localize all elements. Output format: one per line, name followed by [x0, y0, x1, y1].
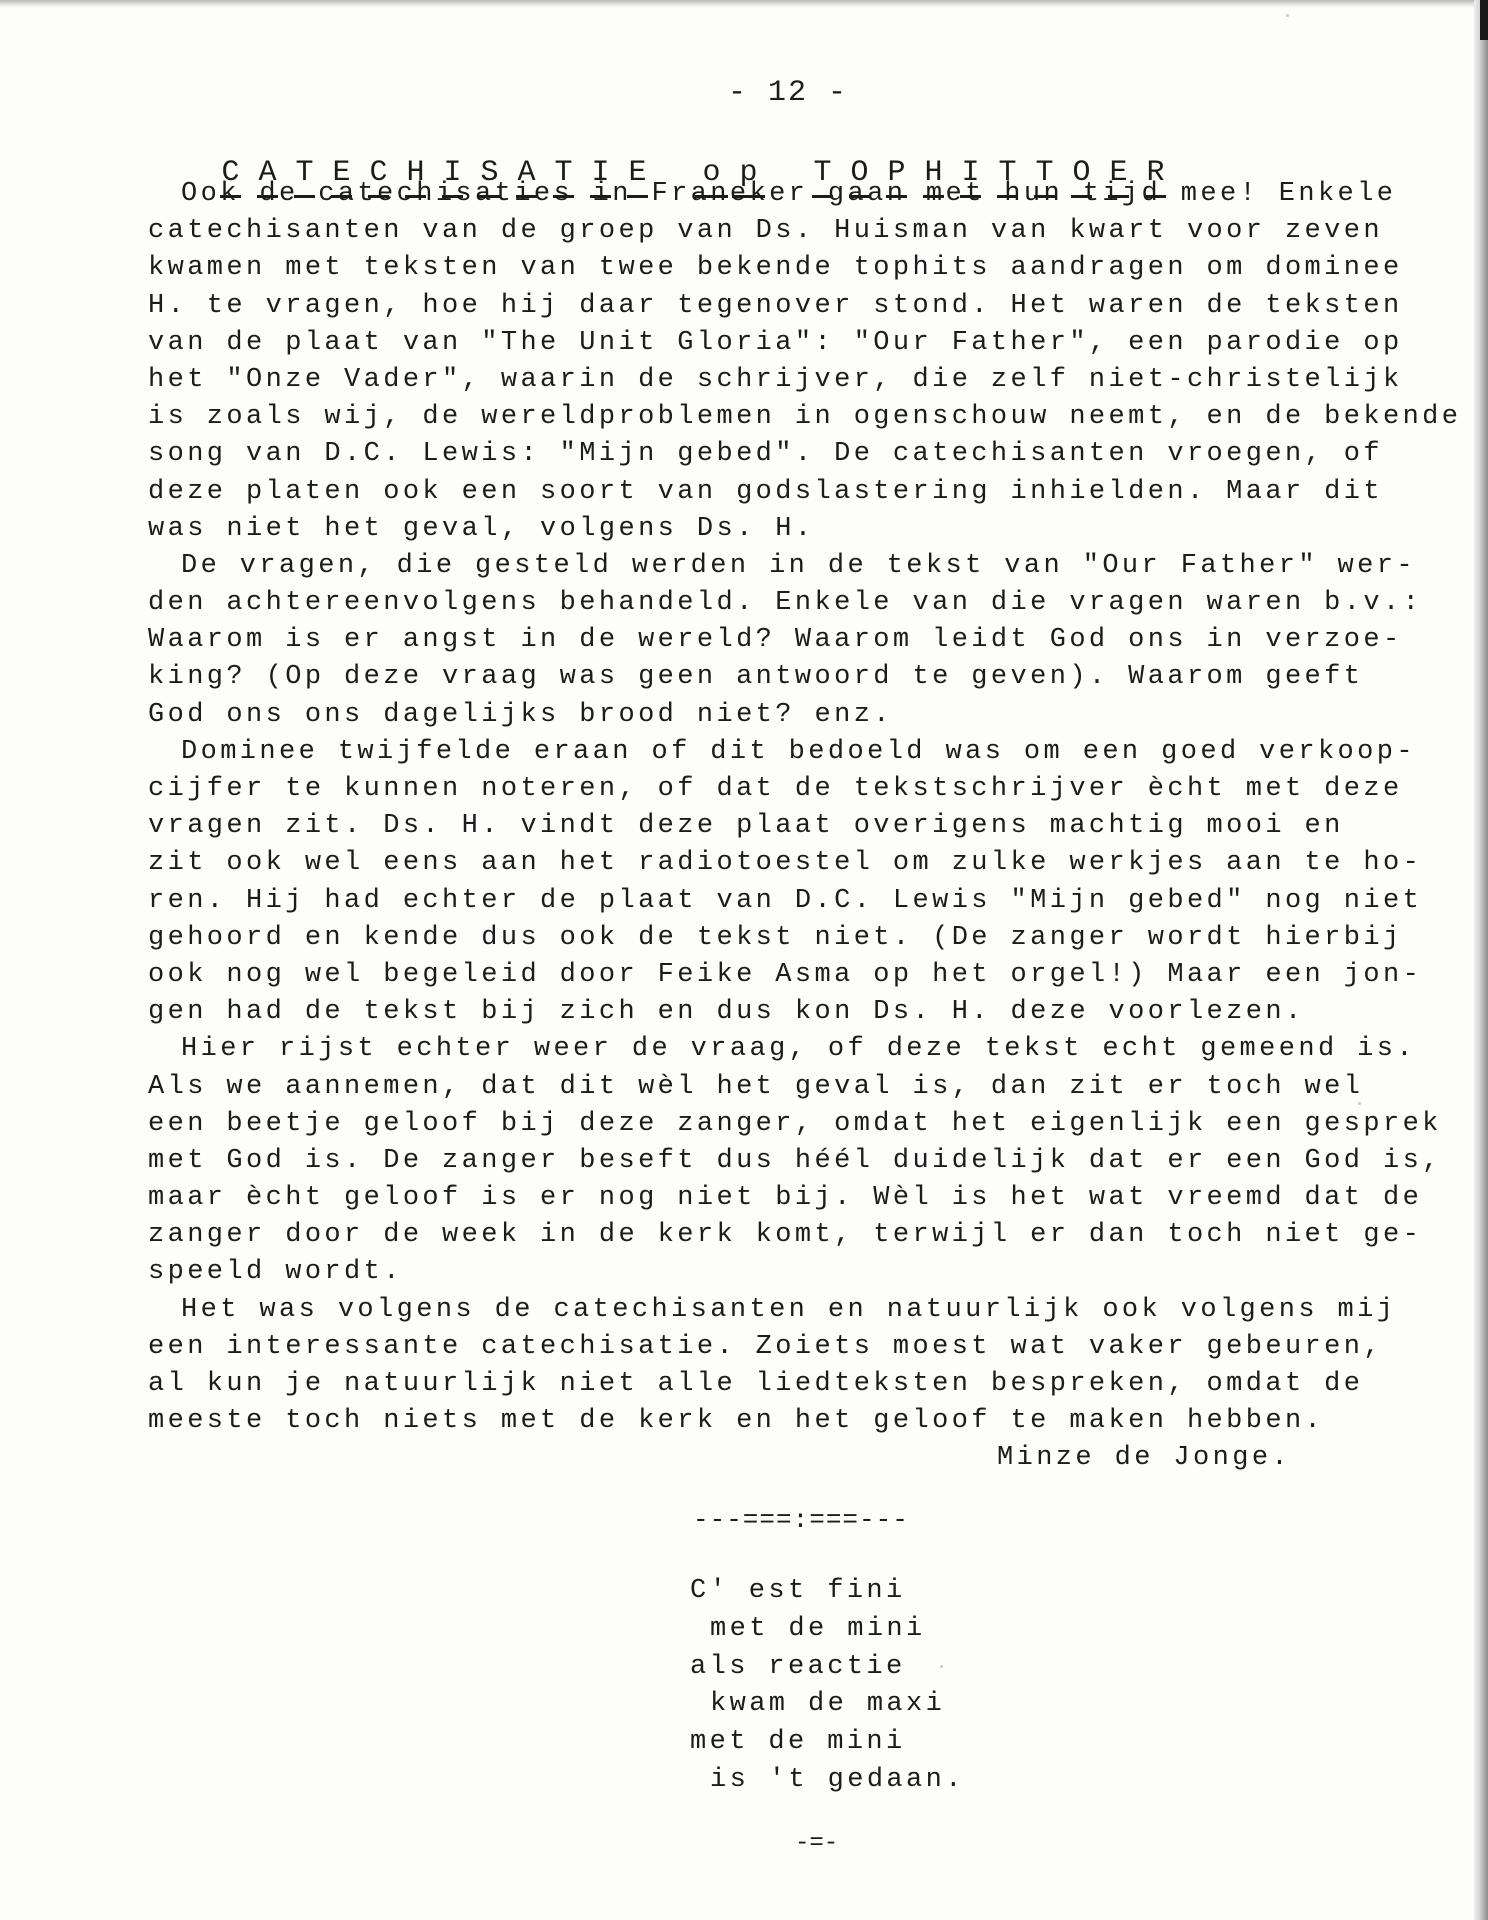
article-line: gen had de tekst bij zich en dus kon Ds.… [148, 994, 1468, 1031]
article-line: catechisanten van de groep van Ds. Huism… [148, 213, 1468, 250]
section-divider: ---===:===--- [693, 1505, 909, 1535]
article-line: speeld wordt. [148, 1254, 1468, 1291]
scanned-document-page: - 12 - CATECHISATIE op TOPHITTOER Ook de… [0, 0, 1488, 1920]
article-line: meeste toch niets met de kerk en het gel… [148, 1403, 1468, 1440]
article-line: van de plaat van "The Unit Gloria": "Our… [148, 325, 1468, 362]
poem-line: met de mini [690, 1724, 965, 1762]
article-line: Hier rijst echter weer de vraag, of deze… [148, 1031, 1468, 1068]
scan-speck [940, 1665, 943, 1668]
article-line: king? (Op deze vraag was geen antwoord t… [148, 659, 1468, 696]
article-line: De vragen, die gesteld werden in de teks… [148, 548, 1468, 585]
article-line: den achtereenvolgens behandeld. Enkele v… [148, 585, 1468, 622]
end-mark: -=- [795, 1830, 838, 1857]
article-line: ren. Hij had echter de plaat van D.C. Le… [148, 883, 1468, 920]
scan-top-edge [0, 0, 1488, 8]
scan-right-edge [1474, 0, 1488, 1920]
article-line: is zoals wij, de wereldproblemen in ogen… [148, 399, 1468, 436]
article-line: was niet het geval, volgens Ds. H. [148, 511, 1468, 548]
poem-line: met de mini [690, 1611, 965, 1649]
article-line: song van D.C. Lewis: "Mijn gebed". De ca… [148, 436, 1468, 473]
article-line: deze platen ook een soort van godslaster… [148, 474, 1468, 511]
scan-speck [1358, 1102, 1361, 1105]
poem-line: C' est fini [690, 1573, 965, 1611]
article-line: zit ook wel eens aan het radiotoestel om… [148, 845, 1468, 882]
article-line: Waarom is er angst in de wereld? Waarom … [148, 622, 1468, 659]
article-line: maar ècht geloof is er nog niet bij. Wèl… [148, 1180, 1468, 1217]
article-line: met God is. De zanger beseft dus héél du… [148, 1143, 1468, 1180]
article-line: God ons ons dagelijks brood niet? enz. [148, 697, 1468, 734]
article-line: ook nog wel begeleid door Feike Asma op … [148, 957, 1468, 994]
article-line: Als we aannemen, dat dit wèl het geval i… [148, 1069, 1468, 1106]
article-line: cijfer te kunnen noteren, of dat de teks… [148, 771, 1468, 808]
article-line: Ook de catechisaties in Franeker gaan me… [148, 176, 1468, 213]
article-line: een interessante catechisatie. Zoiets mo… [148, 1329, 1468, 1366]
article-line: gehoord en kende dus ook de tekst niet. … [148, 920, 1468, 957]
poem-line: is 't gedaan. [690, 1762, 965, 1800]
scan-speck [1286, 14, 1289, 17]
article-line: het "Onze Vader", waarin de schrijver, d… [148, 362, 1468, 399]
article-body: Ook de catechisaties in Franeker gaan me… [148, 176, 1468, 1478]
article-line: vragen zit. Ds. H. vindt deze plaat over… [148, 808, 1468, 845]
poem-line: als reactie [690, 1649, 965, 1687]
poem: C' est finimet de minials reactiekwam de… [690, 1573, 965, 1800]
article-line: Het was volgens de catechisanten en natu… [148, 1292, 1468, 1329]
author-signature: Minze de Jonge. [148, 1440, 1468, 1477]
poem-line: kwam de maxi [690, 1686, 965, 1724]
article-line: een beetje geloof bij deze zanger, omdat… [148, 1106, 1468, 1143]
article-line: H. te vragen, hoe hij daar tegenover sto… [148, 288, 1468, 325]
article-line: zanger door de week in de kerk komt, ter… [148, 1217, 1468, 1254]
article-line: al kun je natuurlijk niet alle liedtekst… [148, 1366, 1468, 1403]
article-line: kwamen met teksten van twee bekende toph… [148, 250, 1468, 287]
article-line: Dominee twijfelde eraan of dit bedoeld w… [148, 734, 1468, 771]
page-number: - 12 - [728, 76, 848, 110]
